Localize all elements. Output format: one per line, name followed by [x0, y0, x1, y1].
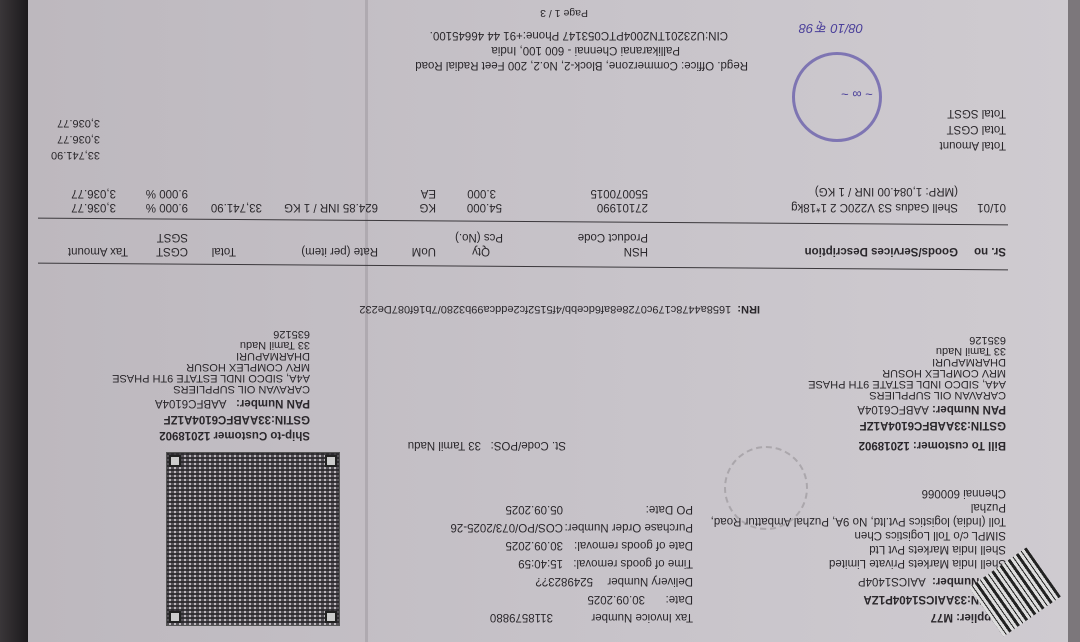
- cell-mrp: (MRP: 1,084.00 INR / 1 KG): [815, 184, 958, 198]
- qr-finder: [169, 611, 181, 623]
- cell-cgst-amount: 3,036.77: [71, 200, 116, 214]
- th-pcs: Pcs (No.): [455, 230, 503, 244]
- cell-desc: Shell Gadus S3 V220C 2 1*18kg: [791, 200, 958, 214]
- address-line: 635126: [808, 334, 1006, 345]
- total-amount-value: 33,741.90: [51, 148, 100, 162]
- address-line: DHARMAPURI: [112, 350, 310, 361]
- address-line: SIMPL c/o Toll Logistics Chen: [711, 528, 1006, 542]
- address-line: Shell India Markets Pvt Ltd: [711, 542, 1006, 556]
- meta-row: PO Date:05.09.2025: [450, 498, 693, 516]
- th-sr: Sr. no: [974, 244, 1006, 258]
- address-line: Shell India Markets Private Limited: [711, 556, 1006, 570]
- qr-code: [166, 452, 340, 626]
- address-line: MRV COMPLEX HOSUR: [112, 361, 310, 372]
- cin-line: CIN:U23201TN2004PTC053147 Phone:+91 44 4…: [430, 28, 728, 42]
- cell-uom2: EA: [421, 186, 436, 200]
- page-number: Page 1 / 3: [540, 6, 588, 20]
- st-code: St. Code/POS: 33 Tamil Nadu: [408, 438, 566, 452]
- th-sgst: SGST: [157, 230, 188, 244]
- address-line: DHARMAPURI: [808, 356, 1006, 367]
- cell-rate: 624.85 INR / 1 KG: [284, 200, 378, 214]
- meta-row: Date:30.09.2025: [450, 588, 693, 606]
- ship-to-title: Ship-to Customer 12018902: [159, 428, 310, 442]
- cell-total: 33,741.90: [211, 200, 262, 214]
- table-header-rule: [38, 217, 1008, 225]
- address-line: CARAVAN OIL SUPPLIERS: [808, 389, 1006, 400]
- cell-cgst: 9.000 %: [146, 200, 188, 214]
- invoice-photo: Supplier: M77 GSTIN:33AAICS1404P1ZA PAN …: [0, 0, 1080, 642]
- bill-to-address: CARAVAN OIL SUPPLIERS A4A, SIDCO INDL ES…: [808, 334, 1006, 400]
- ship-to-gstin: GSTIN:33AABFC6104A1ZF: [164, 412, 310, 426]
- total-sgst-label: Total SGST: [947, 106, 1006, 120]
- background-edge: [0, 0, 28, 642]
- total-cgst-label: Total CGST: [947, 122, 1006, 136]
- signature: ~ ∞ ~: [841, 87, 873, 102]
- th-qty: Qty: [472, 244, 490, 258]
- cell-pcs: 3.000: [467, 186, 496, 200]
- total-sgst-value: 3,036.77: [57, 116, 100, 130]
- qr-finder: [325, 455, 337, 467]
- address-line: 635126: [112, 328, 310, 339]
- qr-finder: [325, 611, 337, 623]
- cell-hsn: 27101990: [597, 200, 648, 214]
- address-line: A4A, SIDCO INDL ESTATE 9TH PHASE: [808, 378, 1006, 389]
- cell-sr: 01/01: [977, 200, 1006, 214]
- handwritten-date: 08/10 क् 98: [799, 20, 863, 38]
- th-product-code: Product Code: [578, 230, 648, 244]
- address-line: 33 Tamil Nadu: [112, 339, 310, 350]
- total-cgst-value: 3,036.77: [57, 132, 100, 146]
- cell-uom: KG: [419, 200, 436, 214]
- address-line: CARAVAN OIL SUPPLIERS: [112, 383, 310, 394]
- invoice-paper: Supplier: M77 GSTIN:33AAICS1404P1ZA PAN …: [28, 0, 1068, 642]
- regd-office-line1: Regd. Office: Commerzone, Block-2, No.2,…: [415, 58, 748, 72]
- cell-sgst-amount: 3,036.77: [71, 186, 116, 200]
- bill-to-title: Bill To customer: 12018902: [859, 438, 1006, 452]
- cell-sgst: 9.000 %: [146, 186, 188, 200]
- th-cgst: CGST: [156, 244, 188, 258]
- bill-to-gstin: GSTIN:33AABFC6104A1ZF: [860, 418, 1006, 432]
- table-top-rule: [38, 262, 1008, 270]
- th-desc: Goods/Services Description: [805, 244, 958, 258]
- cell-qty: 54.000: [467, 200, 502, 214]
- th-total: Total: [212, 244, 236, 258]
- total-amount-label: Total Amount: [940, 138, 1006, 152]
- cell-product-code: 550070015: [590, 186, 648, 200]
- paper-fold: [365, 0, 368, 642]
- address-line: MRV COMPLEX HOSUR: [808, 367, 1006, 378]
- th-rate: Rate (per item): [301, 244, 378, 258]
- regd-office-line2: Pallikaranai Chennai - 600 100, India: [491, 43, 680, 57]
- ship-to-pan: PAN Number: AABFC6104A: [155, 396, 310, 410]
- address-line: A4A, SIDCO INDL ESTATE 9TH PHASE: [112, 372, 310, 383]
- meta-row: Date of goods removal:30.09.2025: [450, 534, 693, 552]
- background-edge: [1068, 0, 1080, 642]
- invoice-meta: Tax Invoice Number3118579880 Date:30.09.…: [450, 498, 693, 624]
- bill-to-pan: PAN Number: AABFC6104A: [857, 402, 1006, 416]
- th-uom: UoM: [412, 244, 436, 258]
- meta-row: Tax Invoice Number3118579880: [450, 606, 693, 624]
- ship-to-address: CARAVAN OIL SUPPLIERS A4A, SIDCO INDL ES…: [112, 328, 310, 394]
- meta-row: Purchase Order Number:COS/PO/073/2025-26: [450, 516, 693, 534]
- th-tax-amount: Tax Amount: [68, 244, 128, 258]
- th-hsn: HSN: [624, 244, 648, 258]
- meta-row: Time of goods removal:15:40:59: [450, 552, 693, 570]
- meta-row: Delivery Number5249823??: [450, 570, 693, 588]
- faint-stamp: [724, 446, 808, 530]
- address-line: 33 Tamil Nadu: [808, 345, 1006, 356]
- qr-finder: [169, 455, 181, 467]
- irn: IRN: 1658a4478c179c0728e8af6dcebb/4f5152…: [359, 302, 760, 316]
